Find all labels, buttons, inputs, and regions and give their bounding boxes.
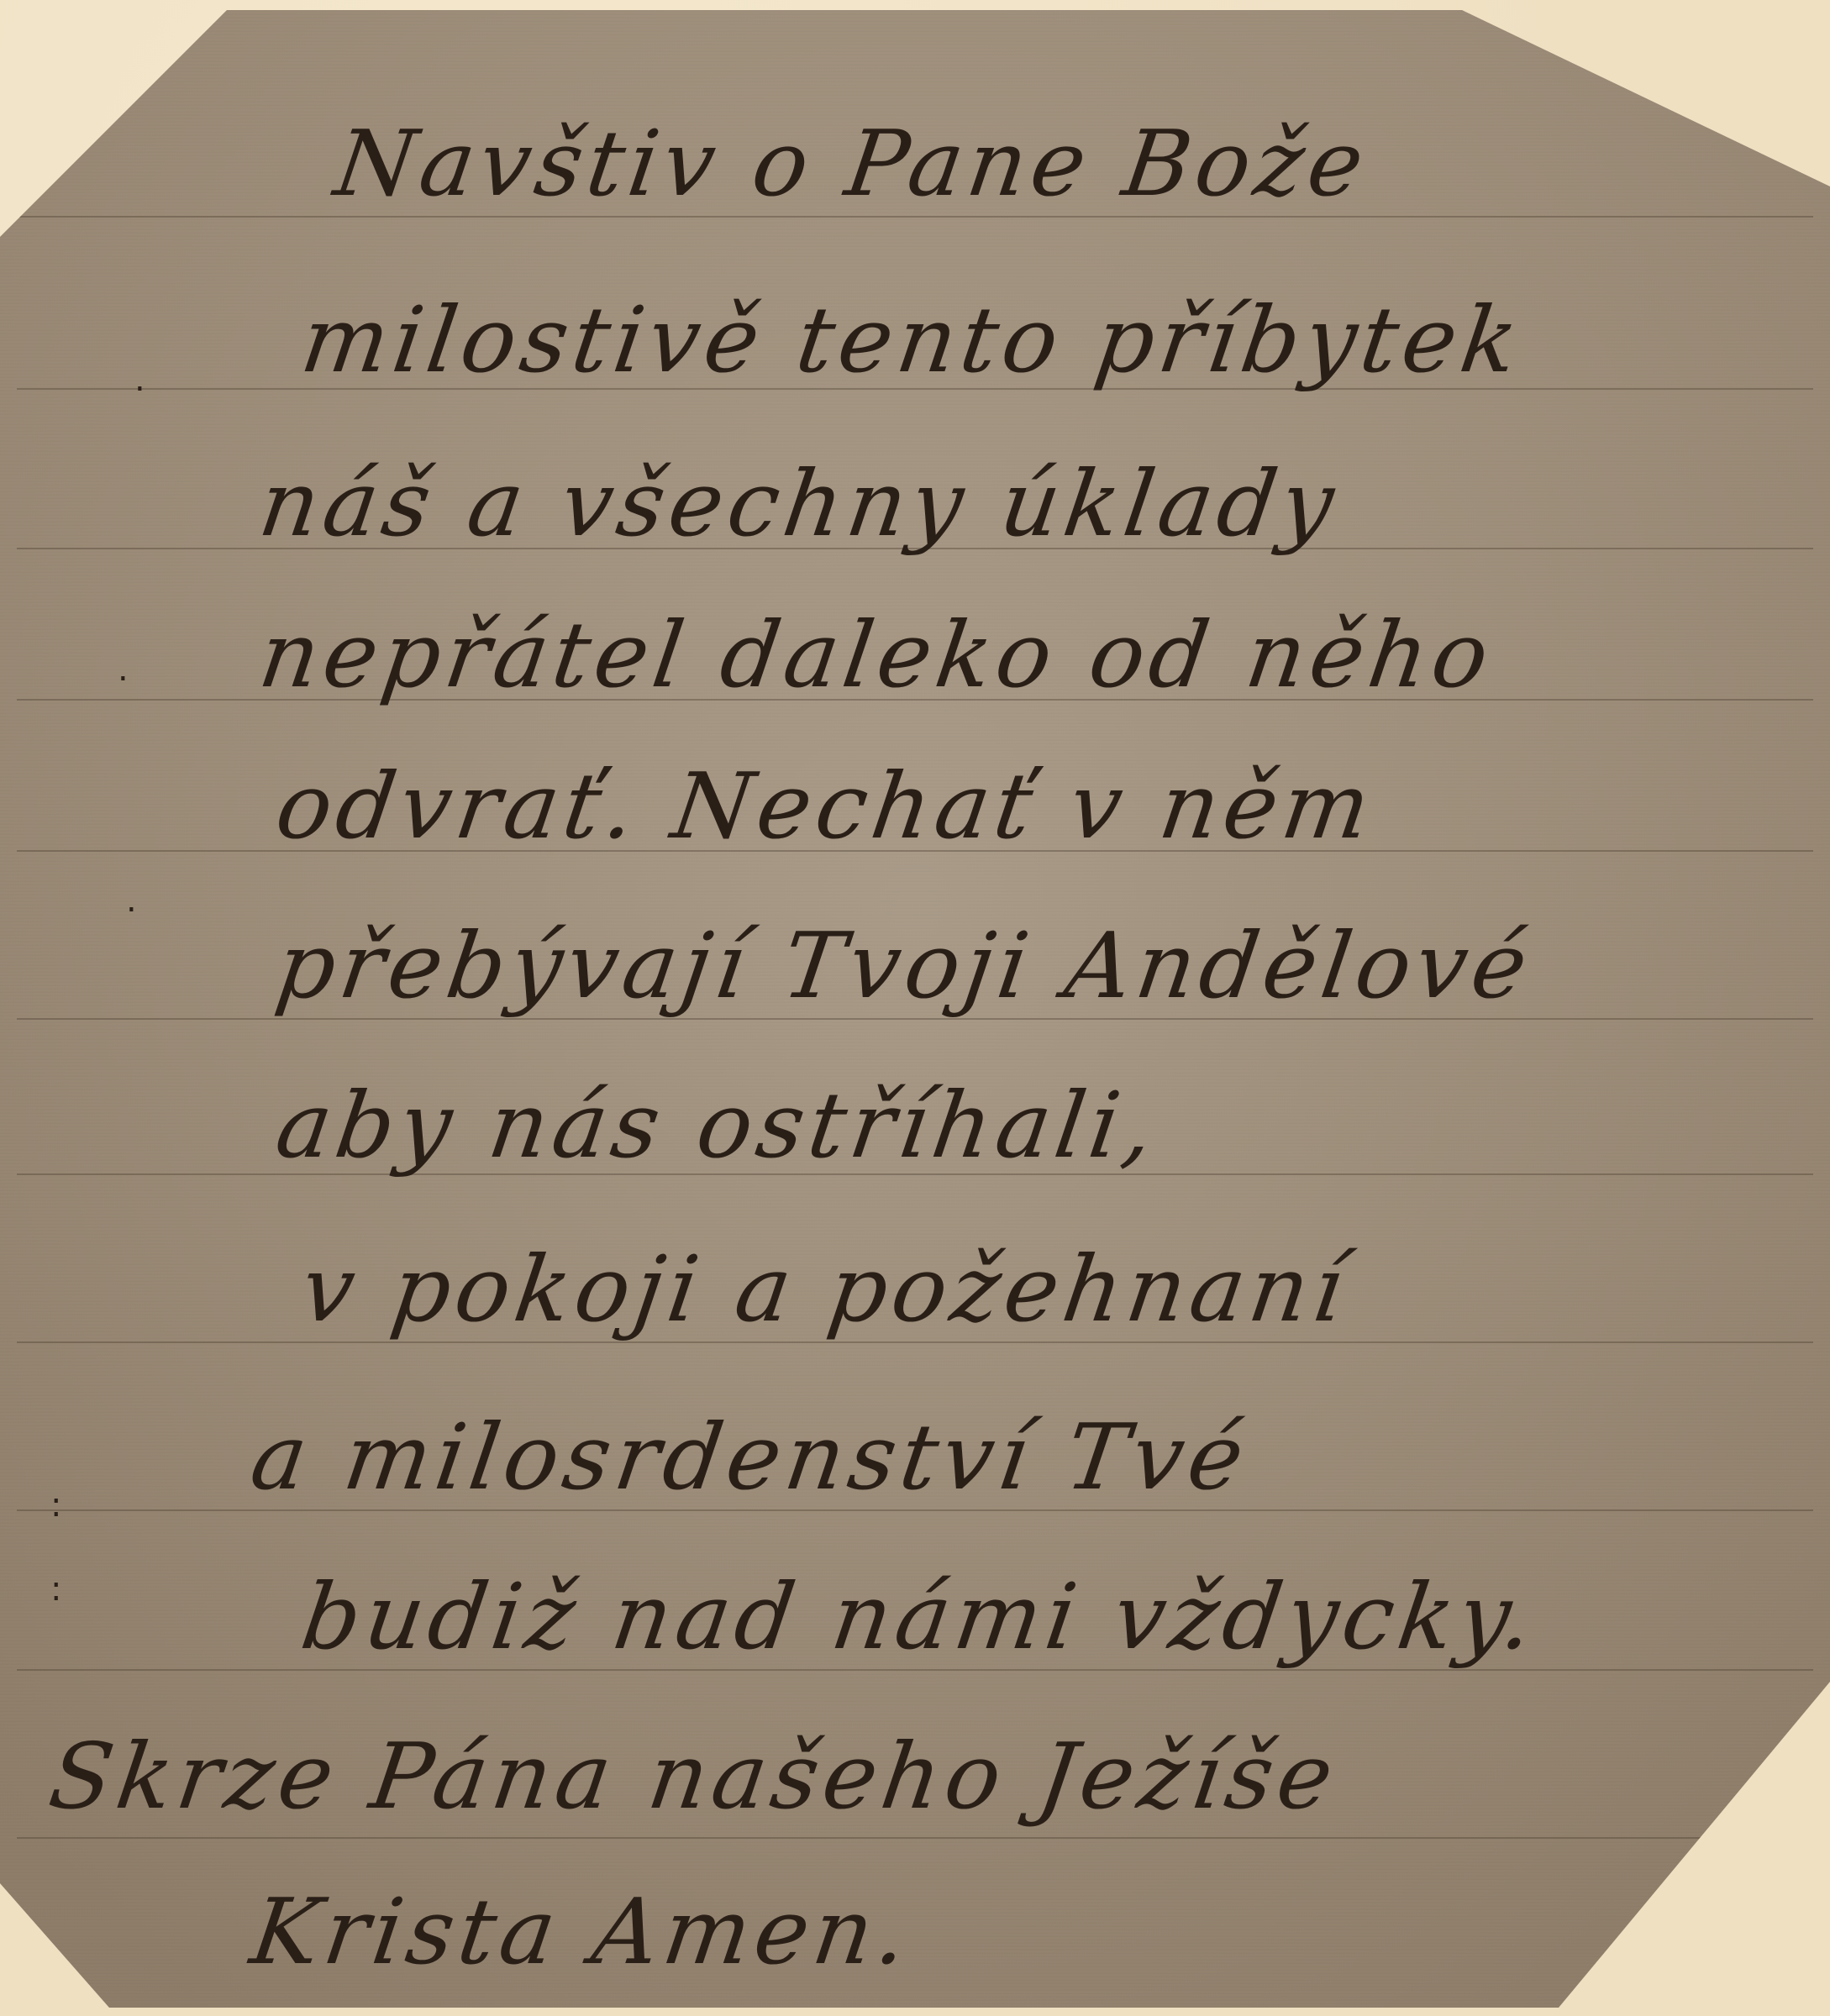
prayer-line-2: milostivě tento příbytek (296, 296, 1528, 386)
margin-mark: . (126, 884, 137, 917)
margin-mark: . (118, 653, 129, 686)
margin-mark: . (134, 363, 145, 396)
prayer-line-1: Navštiv o Pane Bože (329, 119, 1373, 210)
prayer-line-11: Skrze Pána našeho Ježíše (44, 1732, 1343, 1823)
handwritten-paper-sheet: Navštiv o Pane Bože milostivě tento příb… (0, 10, 1830, 2008)
prayer-line-10: budiž nad námi vždycky. (296, 1572, 1543, 1663)
prayer-line-3: náš a všechny úklady (254, 459, 1344, 550)
prayer-line-7: aby nás ostříhali, (271, 1081, 1164, 1172)
prayer-line-8: v pokoji a požehnaní (296, 1245, 1354, 1336)
prayer-text: Navštiv o Pane Bože milostivě tento příb… (0, 10, 1830, 2008)
prayer-line-5: odvrať. Nechať v něm (271, 762, 1380, 853)
prayer-line-9: a milosrdenství Tvé (245, 1413, 1254, 1504)
margin-mark: : (50, 1488, 61, 1522)
prayer-line-6: přebývají Tvoji Andělové (271, 921, 1537, 1012)
prayer-line-12: Krista Amen. (245, 1887, 918, 1978)
prayer-line-4: nepřátel daleko od něho (254, 611, 1498, 701)
margin-mark: : (50, 1572, 61, 1606)
